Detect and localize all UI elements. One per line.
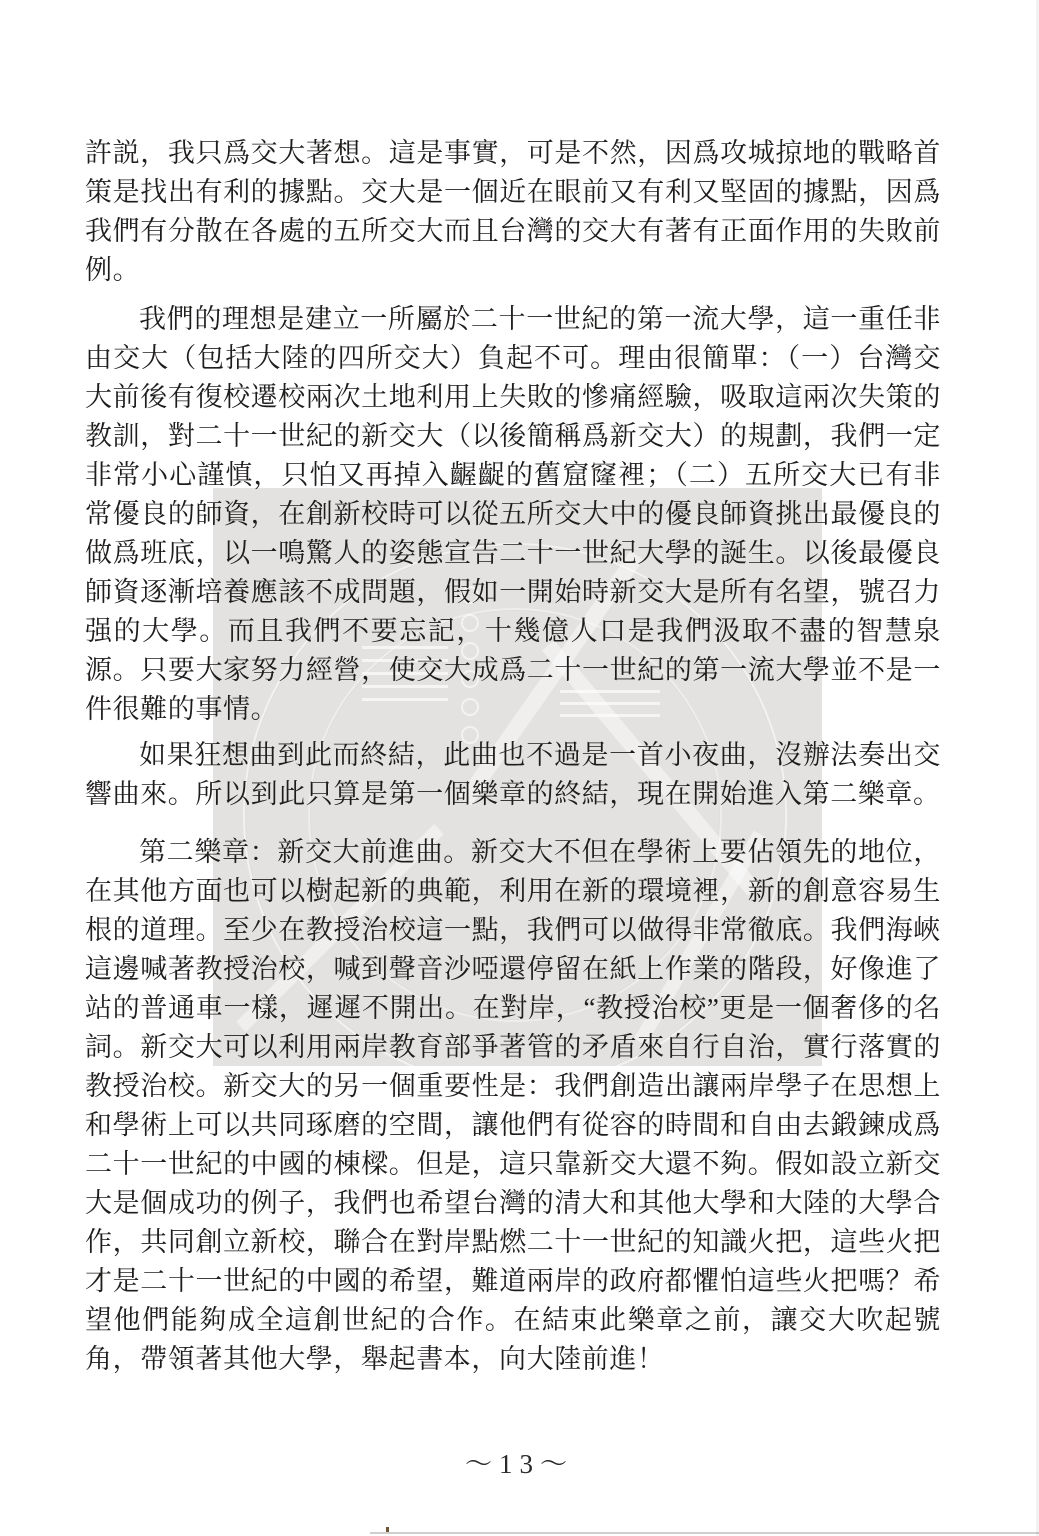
document-text: 許説，我只爲交大著想。這是事實，可是不然，因爲攻城掠地的戰略首策是找出有利的據點… (85, 134, 941, 1379)
scanned-document-page: 許説，我只爲交大著想。這是事實，可是不然，因爲攻城掠地的戰略首策是找出有利的據點… (0, 0, 1039, 1536)
page-number: ～13～ (0, 1442, 1039, 1481)
paragraph: 許説，我只爲交大著想。這是事實，可是不然，因爲攻城掠地的戰略首策是找出有利的據點… (85, 134, 941, 290)
paragraph: 第二樂章：新交大前進曲。新交大不但在學術上要佔領先的地位，在其他方面也可以樹起新… (85, 833, 941, 1379)
paragraph: 如果狂想曲到此而終結，此曲也不過是一首小夜曲，沒辦法奏出交響曲來。所以到此只算是… (85, 736, 941, 814)
scan-edge-line (370, 1532, 1039, 1534)
paragraph: 我們的理想是建立一所屬於二十一世紀的第一流大學，這一重任非由交大（包括大陸的四所… (85, 300, 941, 729)
